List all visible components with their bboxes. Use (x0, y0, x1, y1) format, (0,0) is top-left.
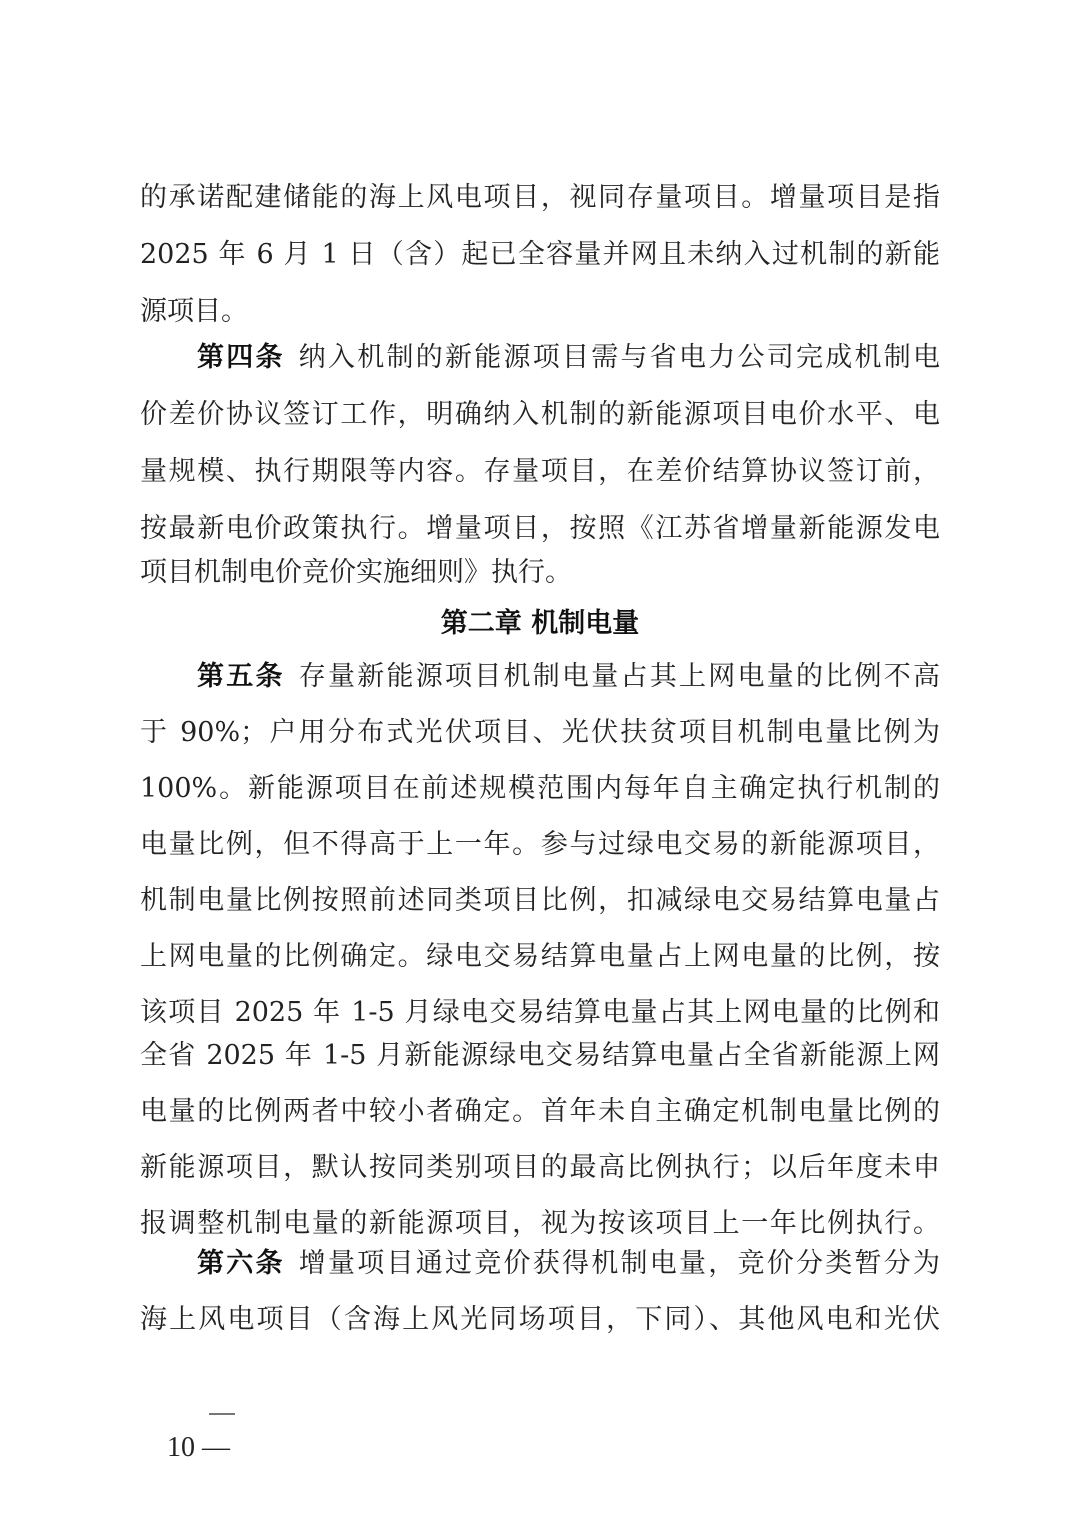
article-label: 第五条 (197, 661, 285, 692)
text-line: 量规模、执行期限等内容。存量项目，在差价结算协议签订前， (140, 452, 940, 492)
article-5-first-line: 第五条存量新能源项目机制电量占其上网电量的比例不高 (197, 657, 940, 697)
text-line: 按最新电价政策执行。增量项目，按照《江苏省增量新能源发电 (140, 509, 940, 549)
text-line: 项目机制电价竞价实施细则》执行。 (140, 553, 940, 593)
text-line: 新能源项目，默认按同类别项目的最高比例执行；以后年度未申 (140, 1148, 940, 1188)
text-line: 存量新能源项目机制电量占其上网电量的比例不高 (299, 661, 940, 692)
text-line: 该项目 2025 年 1-5 月绿电交易结算电量占其上网电量的比例和 (140, 993, 940, 1033)
text-line: 价差价协议签订工作，明确纳入机制的新能源项目电价水平、电 (140, 395, 940, 435)
text-line: 上网电量的比例确定。绿电交易结算电量占上网电量的比例，按 (140, 937, 940, 977)
document-page: 的承诺配建储能的海上风电项目，视同存量项目。增量项目是指 2025 年 6 月 … (0, 0, 1080, 1526)
text-line: 2025 年 6 月 1 日（含）起已全容量并网且未纳入过机制的新能 (140, 235, 940, 275)
text-line: 源项目。 (140, 292, 940, 332)
text-line: 增量项目通过竞价获得机制电量，竞价分类暂分为 (299, 1248, 940, 1279)
article-4-first-line: 第四条纳入机制的新能源项目需与省电力公司完成机制电 (197, 338, 940, 378)
text-line: 100%。新能源项目在前述规模范围内每年自主确定执行机制的 (140, 769, 940, 809)
page-number-dash-top (209, 1413, 235, 1415)
article-label: 第四条 (197, 342, 285, 373)
text-line: 纳入机制的新能源项目需与省电力公司完成机制电 (299, 342, 940, 373)
chapter-heading: 第二章 机制电量 (0, 604, 1080, 644)
text-line: 机制电量比例按照前述同类项目比例，扣减绿电交易结算电量占 (140, 881, 940, 921)
article-6-first-line: 第六条增量项目通过竞价获得机制电量，竞价分类暂分为 (197, 1244, 940, 1284)
text-line: 海上风电项目（含海上风光同场项目，下同）、其他风电和光伏 (140, 1300, 940, 1340)
text-line: 于 90%；户用分布式光伏项目、光伏扶贫项目机制电量比例为 (140, 713, 940, 753)
text-line: 电量比例，但不得高于上一年。参与过绿电交易的新能源项目， (140, 825, 940, 865)
article-label: 第六条 (197, 1248, 285, 1279)
text-line: 的承诺配建储能的海上风电项目，视同存量项目。增量项目是指 (140, 178, 940, 218)
page-number: 10 — (167, 1432, 230, 1464)
text-line: 电量的比例两者中较小者确定。首年未自主确定机制电量比例的 (140, 1092, 940, 1132)
text-line: 全省 2025 年 1-5 月新能源绿电交易结算电量占全省新能源上网 (140, 1036, 940, 1076)
text-line: 报调整机制电量的新能源项目，视为按该项目上一年比例执行。 (140, 1204, 940, 1244)
